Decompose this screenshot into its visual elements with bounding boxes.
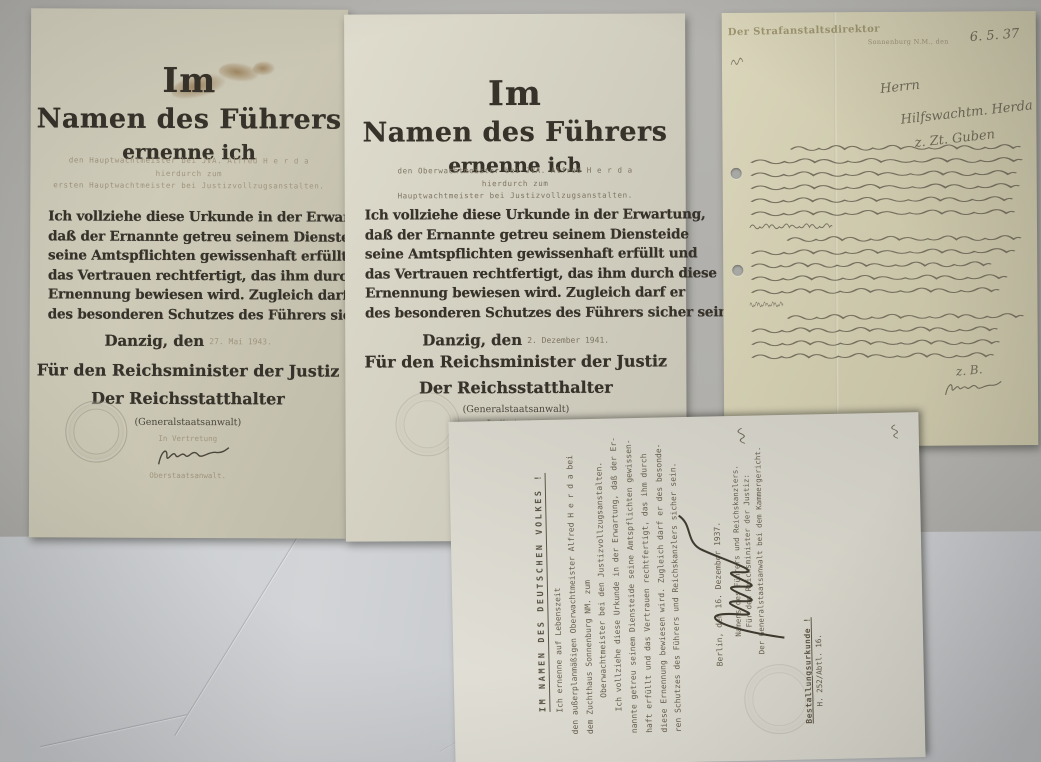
certificate-heading: IM NAMEN DES DEUTSCHEN VOLKES !	[524, 420, 550, 762]
printed-place-label: Sonnenburg N.M., den	[868, 38, 949, 46]
footer-line: H. 252/Abtl. 16.	[813, 595, 825, 745]
typed-line: ersten Hauptwachtmeister bei Justizvollz…	[30, 179, 347, 193]
handwriting-body	[744, 139, 1031, 361]
place-label: Danzig, den	[422, 331, 522, 349]
body-paragraph: Ich vollziehe diese Urkunde in der Erwar…	[365, 205, 666, 324]
handwriting-line	[749, 260, 993, 269]
handwriting-line	[749, 156, 1025, 166]
typed-line: den Oberwachtmeister bei JVA. Alfred H e…	[345, 164, 686, 178]
typed-line: Hauptwachtmeister bei Justizvollzugsanst…	[345, 190, 686, 204]
body-line: Ich vollziehe diese Urkunde in der Erwar…	[48, 207, 329, 228]
typed-recipient-block: den Oberwachtmeister bei JVA. Alfred H e…	[345, 164, 686, 203]
certificate-1937-rotated-wrapper: IM NAMEN DES DEUTSCHEN VOLKES ! Ich erne…	[448, 412, 925, 762]
punch-hole	[731, 168, 742, 179]
body-paragraph: Ich vollziehe diese Urkunde in der Erwar…	[48, 207, 330, 326]
pencil-mark	[730, 55, 744, 67]
typed-line: hierdurch zum	[345, 177, 686, 191]
body-line: Ernennung bewiesen wird. Zugleich darf e…	[48, 286, 329, 307]
typed-body-block: Ich ernenne auf Lebenszeit den außerplan…	[548, 432, 687, 735]
heading-line: Namen des Führers	[31, 103, 348, 135]
letter-1937-page: Der Strafanstaltsdirektor Sonnenburg N.M…	[722, 11, 1039, 447]
heading-line: Namen des Führers	[344, 116, 685, 148]
body-line: seine Amtspflichten gewissenhaft erfüllt…	[48, 247, 329, 268]
signature-scribble	[941, 375, 1004, 400]
certificate-1937-page: IM NAMEN DES DEUTSCHEN VOLKES ! Ich erne…	[448, 412, 925, 762]
body-line: daß der Ernannte getreu seinem Diensteid…	[365, 225, 666, 246]
signature-block-line: Für den Reichsminister der Justiz	[345, 351, 686, 371]
handwriting-line	[786, 312, 1026, 321]
addressee-line: Hilfswachtm. Herda	[900, 98, 1034, 128]
pencil-mark	[735, 427, 747, 445]
body-line: Ernennung bewiesen wird. Zugleich darf e…	[365, 284, 666, 305]
certificate-1943-page: Im Namen des Führers ernenne ich den Hau…	[29, 8, 348, 538]
handwriting-line	[750, 351, 996, 361]
handwriting-line	[749, 182, 1022, 192]
place-date-line: Danzig, den 27. Mai 1943.	[30, 330, 347, 350]
handwriting-line	[749, 222, 833, 231]
handwriting-line	[749, 301, 783, 309]
handwriting-line	[750, 338, 1002, 348]
handwriting-line	[749, 208, 1017, 218]
signature-scribble	[668, 495, 799, 663]
body-line: des besonderen Schutzes des Führers sich…	[365, 303, 666, 324]
signature-scribble	[153, 439, 233, 470]
handwriting-line	[749, 195, 1015, 205]
heading-text: IM NAMEN DES DEUTSCHEN VOLKES !	[534, 473, 551, 712]
punch-hole	[732, 265, 743, 276]
signature-block-line: Der Reichsstatthalter	[345, 377, 686, 397]
letterhead: Der Strafanstaltsdirektor	[728, 24, 880, 39]
handwriting-line	[785, 234, 1023, 243]
footer-reference: Bestallungsurkunde ! H. 252/Abtl. 16.	[802, 595, 825, 745]
typed-recipient-block: den Hauptwachtmeister bei JVA. Alfred H …	[30, 154, 347, 193]
handwriting-line	[750, 325, 1000, 335]
typed-date: 2. Dezember 1941.	[527, 336, 609, 345]
sheet-crease	[40, 714, 187, 749]
body-line: Ich vollziehe diese Urkunde in der Erwar…	[365, 205, 666, 226]
embossed-seal	[65, 400, 127, 462]
typed-line: den Hauptwachtmeister bei JVA. Alfred H …	[30, 154, 347, 168]
heading-line: Im	[344, 73, 685, 114]
place-label: Danzig, den	[104, 332, 204, 350]
handwritten-date: 6. 5. 37	[969, 26, 1020, 45]
place-date-line: Danzig, den 2. Dezember 1941.	[345, 329, 686, 349]
body-line: das Vertrauen rechtfertigt, das ihm durc…	[48, 266, 329, 287]
body-line: seine Amtspflichten gewissenhaft erfüllt…	[365, 245, 666, 266]
signer-title-line: Oberstaatsanwalt.	[29, 470, 346, 480]
photo-of-documents: Im Namen des Führers ernenne ich den Hau…	[0, 0, 1041, 762]
handwriting-line	[749, 247, 1017, 257]
handwriting-line	[749, 286, 1001, 296]
sheet-crease	[174, 514, 313, 737]
addressee-line: Herrn	[879, 78, 920, 97]
heading-line: Im	[31, 60, 348, 101]
handwriting-line	[788, 143, 1022, 152]
signature-block-line: Für den Reichsminister der Justiz	[30, 360, 347, 380]
pencil-mark	[889, 424, 900, 440]
handwriting-line	[749, 169, 1019, 179]
body-line: daß der Ernannte getreu seinem Diensteid…	[48, 227, 329, 248]
body-line: das Vertrauen rechtfertigt, das ihm durc…	[365, 264, 666, 285]
body-line: des besonderen Schutzes des Führers sich…	[48, 305, 329, 326]
handwriting-line	[749, 273, 1009, 283]
typed-date: 27. Mai 1943.	[209, 337, 272, 346]
